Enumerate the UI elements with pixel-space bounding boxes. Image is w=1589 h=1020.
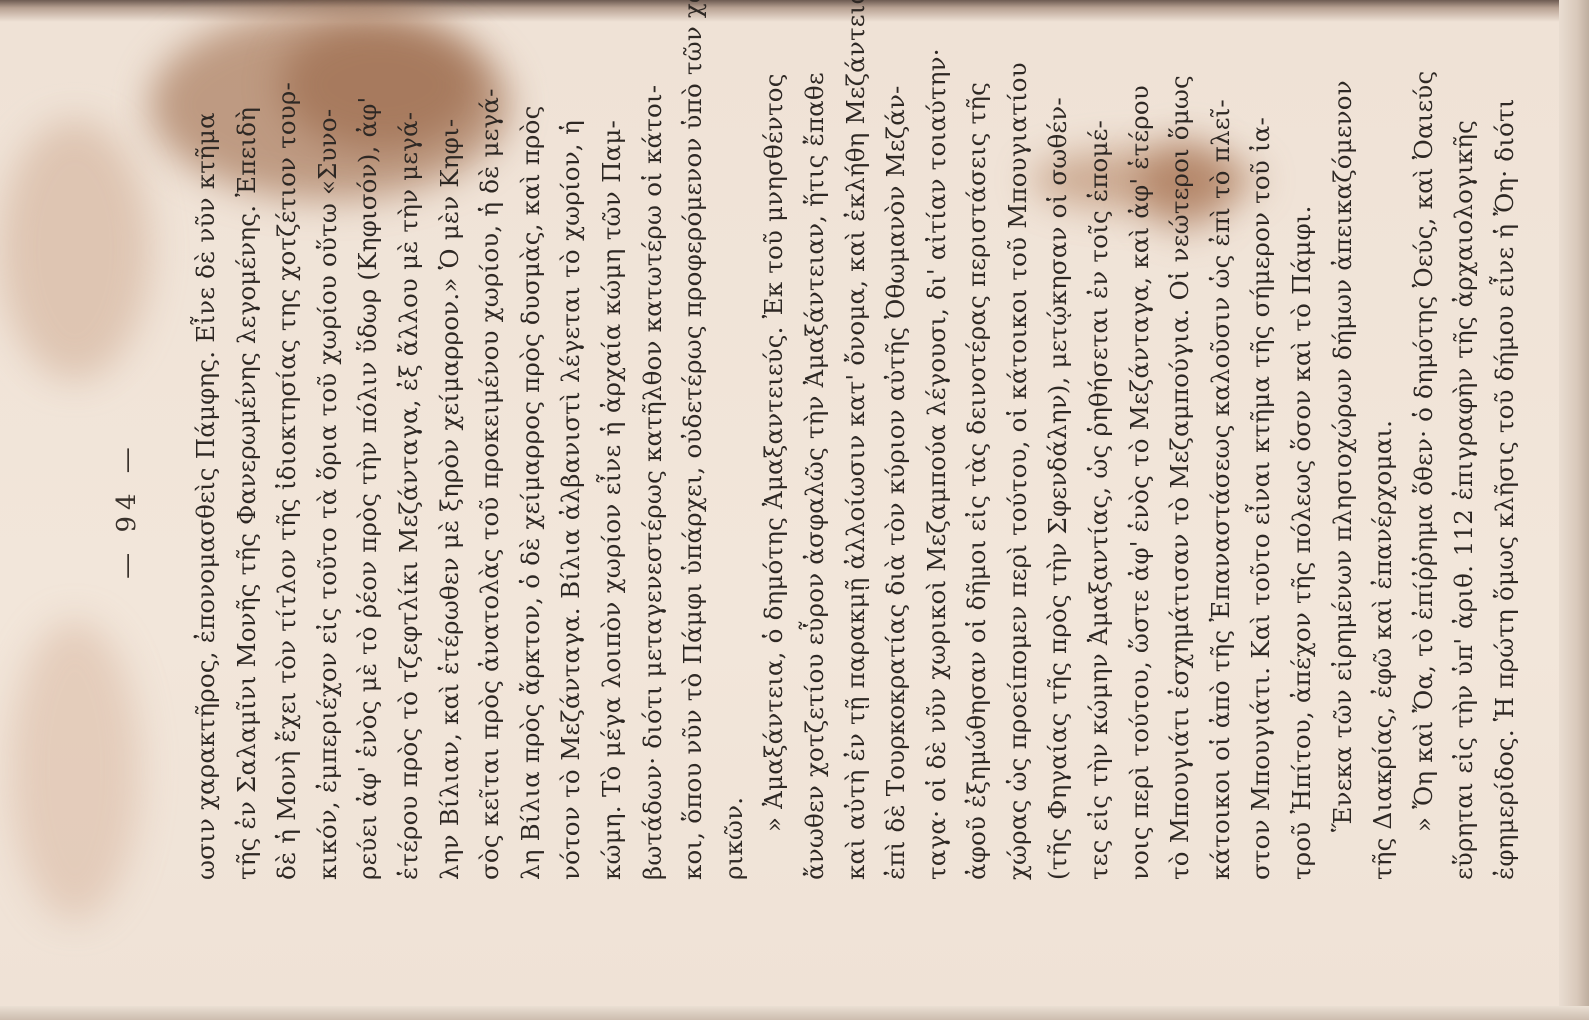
text-line: νοις περὶ τούτου, ὥστε ἀφ' ἑνὸς τὸ Μεζάν… (1120, 120, 1161, 880)
text-line: δὲ ἡ Μονὴ ἔχει τὸν τίτλον τῆς ἰδιοκτησία… (267, 120, 308, 880)
text-line: στον Μπουγιάτι. Καὶ τοῦτο εἶναι κτῆμα τῆ… (1241, 120, 1282, 880)
text-line: » Ὄη καὶ Ὄα, τὸ ἐπίῤῥημα ὅθεν· ὁ δημότης… (1404, 120, 1445, 880)
body-text: ωσιν χαρακτῆρος, ἐπονομασθεὶς Πάμφης. Εἶ… (186, 120, 1526, 880)
text-line: λη Βίλια πρὸς ἄρκτον, ὁ δὲ χείμαρρος πρὸ… (511, 120, 552, 880)
text-line: κώμη. Τὸ μέγα λοιπὸν χωρίον εἶνε ἡ ἀρχαί… (592, 120, 633, 880)
text-line: ἐφημερίδος. Ἡ πρώτη ὅμως κλῆσις τοῦ δήμο… (1485, 120, 1526, 880)
text-line: ρικῶν. (714, 120, 755, 880)
text-line: ρεύει ἀφ' ἑνὸς μὲ τὸ ῥέον πρὸς τὴν πόλιν… (348, 120, 389, 880)
text-line: καὶ αὐτὴ ἐν τῇ παρακμῇ ἀλλοίωσιν κατ' ὄν… (836, 120, 877, 880)
text-line: τες εἰς τὴν κώμην Ἀμαξαντίας, ὡς ῥηθήσετ… (1079, 120, 1120, 880)
book-page: — 94 — ωσιν χαρακτῆρος, ἐπονομασθεὶς Πάμ… (0, 0, 1589, 1020)
text-line: ταγα· οἱ δὲ νῦν χωρικοὶ Μεζαμπούα λέγουσ… (917, 120, 958, 880)
text-line: κοι, ὅπου νῦν τὸ Πάμφι ὑπάρχει, οὐδετέρω… (673, 120, 714, 880)
text-line: τροῦ Ἠπίτου, ἀπέχον τῆς πόλεως ὅσον καὶ … (1282, 120, 1323, 880)
text-line: τὸ Μπουγιάτι ἐσχημάτισαν τὸ Μεζαμπούγια.… (1160, 120, 1201, 880)
text-line: κάτοικοι οἱ ἀπὸ τῆς Ἐπαναστάσεως καλοῦσι… (1201, 120, 1242, 880)
text-line: ωσιν χαρακτῆρος, ἐπονομασθεὶς Πάμφης. Εἶ… (186, 120, 227, 880)
text-line: τῆς Διακρίας, ἐφῶ καὶ ἐπανέρχομαι. (1363, 120, 1404, 880)
text-line: ἀφοῦ ἐξημώθησαν οἱ δῆμοι εἰς τὰς δεινοτέ… (957, 120, 998, 880)
text-line: » Ἀμαξάντεια, ὁ δημότης Ἀμαξαντειεύς. Ἐκ… (754, 120, 795, 880)
text-line: τῆς ἐν Σαλαμῖνι Μονῆς τῆς Φανερωμένης λε… (227, 120, 268, 880)
text-line: κικόν, ἐμπεριέχον εἰς τοῦτο τὰ ὅρια τοῦ … (308, 120, 349, 880)
text-line: ἐπὶ δὲ Τουρκοκρατίας διὰ τὸν κύριον αὐτῆ… (876, 120, 917, 880)
text-line: νότον τὸ Μεζάνταγα. Βίλια ἀλβανιστὶ λέγε… (551, 120, 592, 880)
text-line: ἑτέρου πρὸς τὸ τζεφτλίκι Μεζάνταγα, ἐξ ἄ… (389, 120, 430, 880)
text-line: σὸς κεῖται πρὸς ἀνατολὰς τοῦ προκειμένου… (470, 120, 511, 880)
text-line: εὕρηται εἰς τὴν ὑπ' ἀριθ. 112 ἐπιγραφὴν … (1444, 120, 1485, 880)
text-line: ἄνωθεν χοτζετίου εὗρον ἀσφαλῶς τὴν Ἀμαξά… (795, 120, 836, 880)
text-line: (τῆς Φηγαίας τῆς πρὸς τὴν Σφενδάλην), με… (1038, 120, 1079, 880)
text-line: λην Βίλιαν, καὶ ἑτέρωθεν μὲ ξηρὸν χείμαρ… (430, 120, 471, 880)
page-number: — 94 — (112, 0, 142, 1020)
text-line: Ἕνεκα τῶν εἰρημένων πλησιοχώρων δήμων ἀπ… (1323, 120, 1364, 880)
text-line: χώρας ὡς προείπομεν περὶ τούτου, οἱ κάτο… (998, 120, 1039, 880)
text-line: βωτάδων· διότι μεταγενεστέρως κατῆλθον κ… (633, 120, 674, 880)
